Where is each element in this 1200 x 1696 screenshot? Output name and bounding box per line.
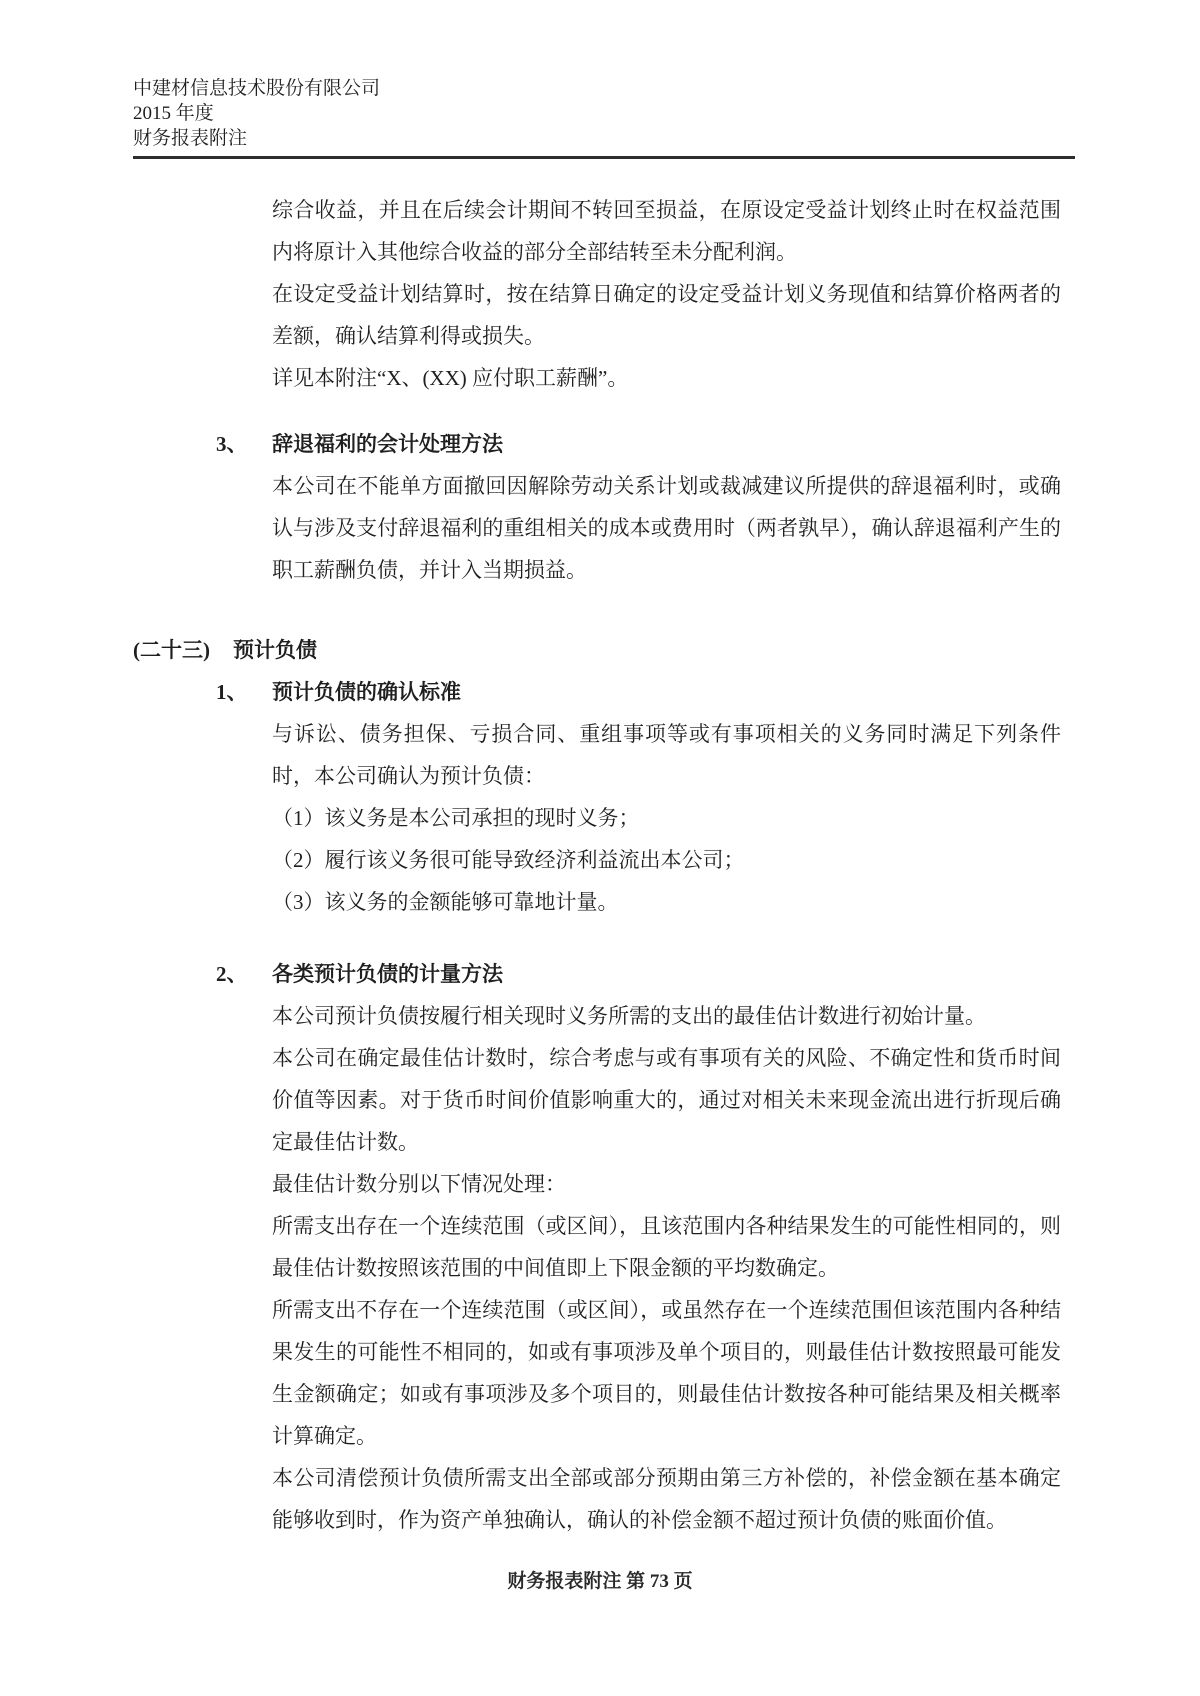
heading-provision-measurement: 2、 各类预计负债的计量方法: [216, 953, 1075, 995]
heading-termination-benefits: 3、 辞退福利的会计处理方法: [216, 423, 1075, 465]
heading-provisions: (二十三) 预计负债: [133, 629, 1075, 671]
para-measurement-third-party-compensation: 本公司清偿预计负债所需支出全部或部分预期由第三方补偿的，补偿金额在基本确定能够收…: [272, 1457, 1075, 1541]
heading-title: 预计负债: [233, 629, 317, 671]
list-item-recognition-1: （1）该义务是本公司承担的现时义务；: [272, 797, 1075, 839]
heading-title: 辞退福利的会计处理方法: [272, 423, 503, 465]
document-page: 中建材信息技术股份有限公司 2015 年度 财务报表附注 综合收益，并且在后续会…: [0, 0, 1200, 1696]
para-measurement-cases-intro: 最佳估计数分别以下情况处理：: [272, 1163, 1075, 1205]
header-fiscal-year: 2015 年度: [133, 101, 1075, 126]
para-plan-settlement: 在设定受益计划结算时，按在结算日确定的设定受益计划义务现值和结算价格两者的差额，…: [272, 273, 1075, 357]
para-measurement-best-estimate: 本公司在确定最佳估计数时，综合考虑与或有事项有关的风险、不确定性和货币时间价值等…: [272, 1037, 1075, 1163]
heading-provision-recognition: 1、 预计负债的确认标准: [216, 671, 1075, 713]
footer-page-label: 财务报表附注 第 73 页: [507, 1571, 692, 1592]
header-company-name: 中建材信息技术股份有限公司: [133, 76, 1075, 101]
para-recognition-intro: 与诉讼、债务担保、亏损合同、重组事项等或有事项相关的义务同时满足下列条件时，本公…: [272, 713, 1075, 797]
page-header: 中建材信息技术股份有限公司 2015 年度 财务报表附注: [133, 76, 1075, 159]
para-measurement-continuous-range: 所需支出存在一个连续范围（或区间），且该范围内各种结果发生的可能性相同的，则最佳…: [272, 1205, 1075, 1289]
heading-title: 各类预计负债的计量方法: [272, 953, 503, 995]
header-doc-title: 财务报表附注: [133, 126, 1075, 151]
heading-number: 1、: [216, 671, 272, 713]
para-other-comprehensive-income: 综合收益，并且在后续会计期间不转回至损益，在原设定受益计划终止时在权益范围内将原…: [272, 189, 1075, 273]
para-measurement-initial: 本公司预计负债按履行相关现时义务所需的支出的最佳估计数进行初始计量。: [272, 995, 1075, 1037]
document-body: 综合收益，并且在后续会计期间不转回至损益，在原设定受益计划终止时在权益范围内将原…: [133, 189, 1075, 1541]
heading-number: 3、: [216, 423, 272, 465]
page-footer: 财务报表附注 第 73 页: [0, 1566, 1200, 1593]
para-note-reference: 详见本附注“X、(XX) 应付职工薪酬”。: [272, 357, 1075, 399]
heading-number: 2、: [216, 953, 272, 995]
list-item-recognition-2: （2）履行该义务很可能导致经济利益流出本公司；: [272, 839, 1075, 881]
para-termination-benefits-body: 本公司在不能单方面撤回因解除劳动关系计划或裁减建议所提供的辞退福利时，或确认与涉…: [272, 465, 1075, 591]
list-item-recognition-3: （3）该义务的金额能够可靠地计量。: [272, 881, 1075, 923]
para-measurement-non-continuous-range: 所需支出不存在一个连续范围（或区间），或虽然存在一个连续范围但该范围内各种结果发…: [272, 1289, 1075, 1457]
heading-title: 预计负债的确认标准: [272, 671, 461, 713]
heading-number: (二十三): [133, 629, 233, 671]
